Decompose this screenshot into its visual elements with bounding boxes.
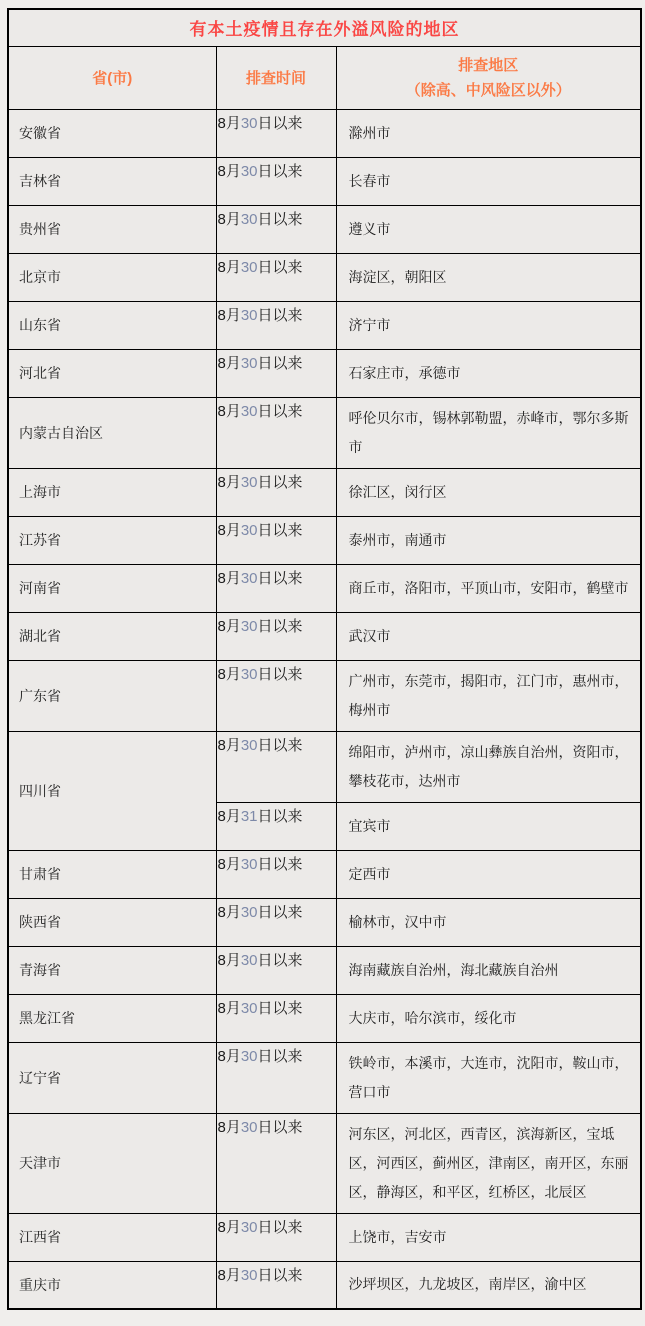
table-row: 江苏省8月30日以来泰州市，南通市 (8, 516, 641, 564)
day-number: 30 (241, 570, 258, 587)
check-time-cell: 8月30日以来 (216, 660, 336, 731)
day-number: 31 (241, 808, 258, 825)
check-time-cell: 8月30日以来 (216, 253, 336, 301)
regions-cell: 河东区，河北区，西青区，滨海新区，宝坻区，河西区，蓟州区，津南区，南开区，东丽区… (336, 1113, 641, 1213)
regions-cell: 长春市 (336, 157, 641, 205)
province-cell: 四川省 (8, 731, 216, 850)
table-row: 天津市8月30日以来河东区，河北区，西青区，滨海新区，宝坻区，河西区，蓟州区，津… (8, 1113, 641, 1213)
table-row: 广东省8月30日以来广州市，东莞市，揭阳市，江门市，惠州市，梅州市 (8, 660, 641, 731)
regions-cell: 铁岭市，本溪市，大连市，沈阳市，鞍山市，营口市 (336, 1042, 641, 1113)
risk-region-table: 有本土疫情且存在外溢风险的地区 省(市) 排查时间 排查地区 （除高、中风险区以… (7, 8, 642, 1310)
header-province: 省(市) (8, 46, 216, 109)
day-number: 30 (241, 1267, 258, 1284)
table-row: 陕西省8月30日以来榆林市，汉中市 (8, 898, 641, 946)
regions-cell: 广州市，东莞市，揭阳市，江门市，惠州市，梅州市 (336, 660, 641, 731)
check-time-cell: 8月30日以来 (216, 564, 336, 612)
regions-cell: 济宁市 (336, 301, 641, 349)
day-number: 30 (241, 618, 258, 635)
header-check-region: 排查地区 （除高、中风险区以外） (336, 46, 641, 109)
province-cell: 湖北省 (8, 612, 216, 660)
header-check-region-line1: 排查地区 (338, 53, 640, 78)
province-cell: 安徽省 (8, 109, 216, 157)
day-number: 30 (241, 904, 258, 921)
check-time-cell: 8月30日以来 (216, 1042, 336, 1113)
regions-cell: 大庆市，哈尔滨市，绥化市 (336, 994, 641, 1042)
day-number: 30 (241, 666, 258, 683)
day-number: 30 (241, 474, 258, 491)
regions-cell: 海南藏族自治州，海北藏族自治州 (336, 946, 641, 994)
regions-cell: 武汉市 (336, 612, 641, 660)
table-row: 河南省8月30日以来商丘市，洛阳市，平顶山市，安阳市，鹤壁市 (8, 564, 641, 612)
regions-cell: 遵义市 (336, 205, 641, 253)
check-time-cell: 8月30日以来 (216, 731, 336, 802)
regions-cell: 定西市 (336, 850, 641, 898)
table-title: 有本土疫情且存在外溢风险的地区 (8, 9, 641, 46)
check-time-cell: 8月30日以来 (216, 994, 336, 1042)
check-time-cell: 8月30日以来 (216, 1261, 336, 1309)
province-cell: 广东省 (8, 660, 216, 731)
table-header-row: 省(市) 排查时间 排查地区 （除高、中风险区以外） (8, 46, 641, 109)
table-row: 湖北省8月30日以来武汉市 (8, 612, 641, 660)
check-time-cell: 8月30日以来 (216, 301, 336, 349)
province-cell: 江苏省 (8, 516, 216, 564)
check-time-cell: 8月30日以来 (216, 1213, 336, 1261)
check-time-cell: 8月30日以来 (216, 205, 336, 253)
table-row: 青海省8月30日以来海南藏族自治州，海北藏族自治州 (8, 946, 641, 994)
regions-cell: 呼伦贝尔市，锡林郭勒盟，赤峰市，鄂尔多斯市 (336, 397, 641, 468)
province-cell: 重庆市 (8, 1261, 216, 1309)
day-number: 30 (241, 1000, 258, 1017)
province-cell: 贵州省 (8, 205, 216, 253)
table-row: 吉林省8月30日以来长春市 (8, 157, 641, 205)
table-row: 河北省8月30日以来石家庄市，承德市 (8, 349, 641, 397)
province-cell: 辽宁省 (8, 1042, 216, 1113)
check-time-cell: 8月31日以来 (216, 802, 336, 850)
day-number: 30 (241, 1048, 258, 1065)
day-number: 30 (241, 403, 258, 420)
page: { "colors": { "title": "#fa4543", "heade… (0, 0, 645, 1326)
province-cell: 内蒙古自治区 (8, 397, 216, 468)
day-number: 30 (241, 1219, 258, 1236)
province-cell: 黑龙江省 (8, 994, 216, 1042)
province-cell: 陕西省 (8, 898, 216, 946)
regions-cell: 上饶市，吉安市 (336, 1213, 641, 1261)
screenshot-canvas: 有本土疫情且存在外溢风险的地区 省(市) 排查时间 排查地区 （除高、中风险区以… (0, 0, 645, 1326)
table-row: 上海市8月30日以来徐汇区，闵行区 (8, 468, 641, 516)
check-time-cell: 8月30日以来 (216, 157, 336, 205)
header-check-time: 排查时间 (216, 46, 336, 109)
day-number: 30 (241, 163, 258, 180)
day-number: 30 (241, 952, 258, 969)
header-check-region-line2: （除高、中风险区以外） (338, 78, 640, 103)
province-cell: 吉林省 (8, 157, 216, 205)
table-row: 重庆市8月30日以来沙坪坝区，九龙坡区，南岸区，渝中区 (8, 1261, 641, 1309)
regions-cell: 石家庄市，承德市 (336, 349, 641, 397)
table-row: 黑龙江省8月30日以来大庆市，哈尔滨市，绥化市 (8, 994, 641, 1042)
regions-cell: 商丘市，洛阳市，平顶山市，安阳市，鹤壁市 (336, 564, 641, 612)
province-cell: 天津市 (8, 1113, 216, 1213)
table-title-row: 有本土疫情且存在外溢风险的地区 (8, 9, 641, 46)
check-time-cell: 8月30日以来 (216, 946, 336, 994)
day-number: 30 (241, 115, 258, 132)
check-time-cell: 8月30日以来 (216, 349, 336, 397)
check-time-cell: 8月30日以来 (216, 1113, 336, 1213)
province-cell: 山东省 (8, 301, 216, 349)
regions-cell: 海淀区，朝阳区 (336, 253, 641, 301)
day-number: 30 (241, 355, 258, 372)
regions-cell: 绵阳市，泸州市，凉山彝族自治州，资阳市，攀枝花市，达州市 (336, 731, 641, 802)
check-time-cell: 8月30日以来 (216, 850, 336, 898)
province-cell: 上海市 (8, 468, 216, 516)
province-cell: 甘肃省 (8, 850, 216, 898)
check-time-cell: 8月30日以来 (216, 109, 336, 157)
table-row: 辽宁省8月30日以来铁岭市，本溪市，大连市，沈阳市，鞍山市，营口市 (8, 1042, 641, 1113)
day-number: 30 (241, 737, 258, 754)
regions-cell: 徐汇区，闵行区 (336, 468, 641, 516)
table-body: 安徽省8月30日以来滁州市吉林省8月30日以来长春市贵州省8月30日以来遵义市北… (8, 109, 641, 1309)
regions-cell: 沙坪坝区，九龙坡区，南岸区，渝中区 (336, 1261, 641, 1309)
day-number: 30 (241, 856, 258, 873)
table-row: 内蒙古自治区8月30日以来呼伦贝尔市，锡林郭勒盟，赤峰市，鄂尔多斯市 (8, 397, 641, 468)
regions-cell: 宜宾市 (336, 802, 641, 850)
regions-cell: 滁州市 (336, 109, 641, 157)
table-row: 贵州省8月30日以来遵义市 (8, 205, 641, 253)
check-time-cell: 8月30日以来 (216, 397, 336, 468)
check-time-cell: 8月30日以来 (216, 612, 336, 660)
province-cell: 河南省 (8, 564, 216, 612)
province-cell: 河北省 (8, 349, 216, 397)
table-row: 四川省8月30日以来绵阳市，泸州市，凉山彝族自治州，资阳市，攀枝花市，达州市 (8, 731, 641, 802)
province-cell: 北京市 (8, 253, 216, 301)
table-row: 山东省8月30日以来济宁市 (8, 301, 641, 349)
table-row: 安徽省8月30日以来滁州市 (8, 109, 641, 157)
day-number: 30 (241, 259, 258, 276)
regions-cell: 泰州市，南通市 (336, 516, 641, 564)
table-row: 江西省8月30日以来上饶市，吉安市 (8, 1213, 641, 1261)
day-number: 30 (241, 522, 258, 539)
day-number: 30 (241, 1119, 258, 1136)
day-number: 30 (241, 211, 258, 228)
province-cell: 青海省 (8, 946, 216, 994)
check-time-cell: 8月30日以来 (216, 516, 336, 564)
table-row: 北京市8月30日以来海淀区，朝阳区 (8, 253, 641, 301)
day-number: 30 (241, 307, 258, 324)
check-time-cell: 8月30日以来 (216, 468, 336, 516)
province-cell: 江西省 (8, 1213, 216, 1261)
regions-cell: 榆林市，汉中市 (336, 898, 641, 946)
check-time-cell: 8月30日以来 (216, 898, 336, 946)
table-row: 甘肃省8月30日以来定西市 (8, 850, 641, 898)
